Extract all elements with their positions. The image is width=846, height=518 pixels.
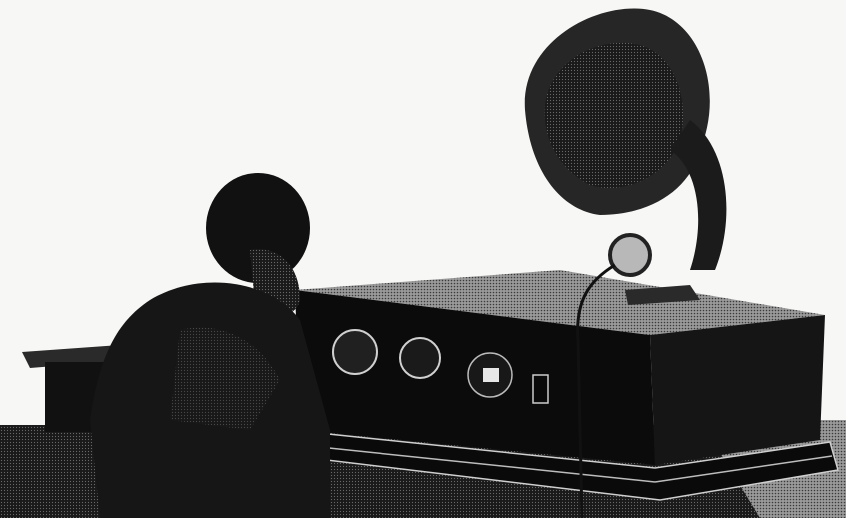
man [90, 173, 330, 518]
radio-receiver [285, 270, 838, 500]
radio-scene [0, 0, 846, 518]
photograph [0, 0, 846, 518]
